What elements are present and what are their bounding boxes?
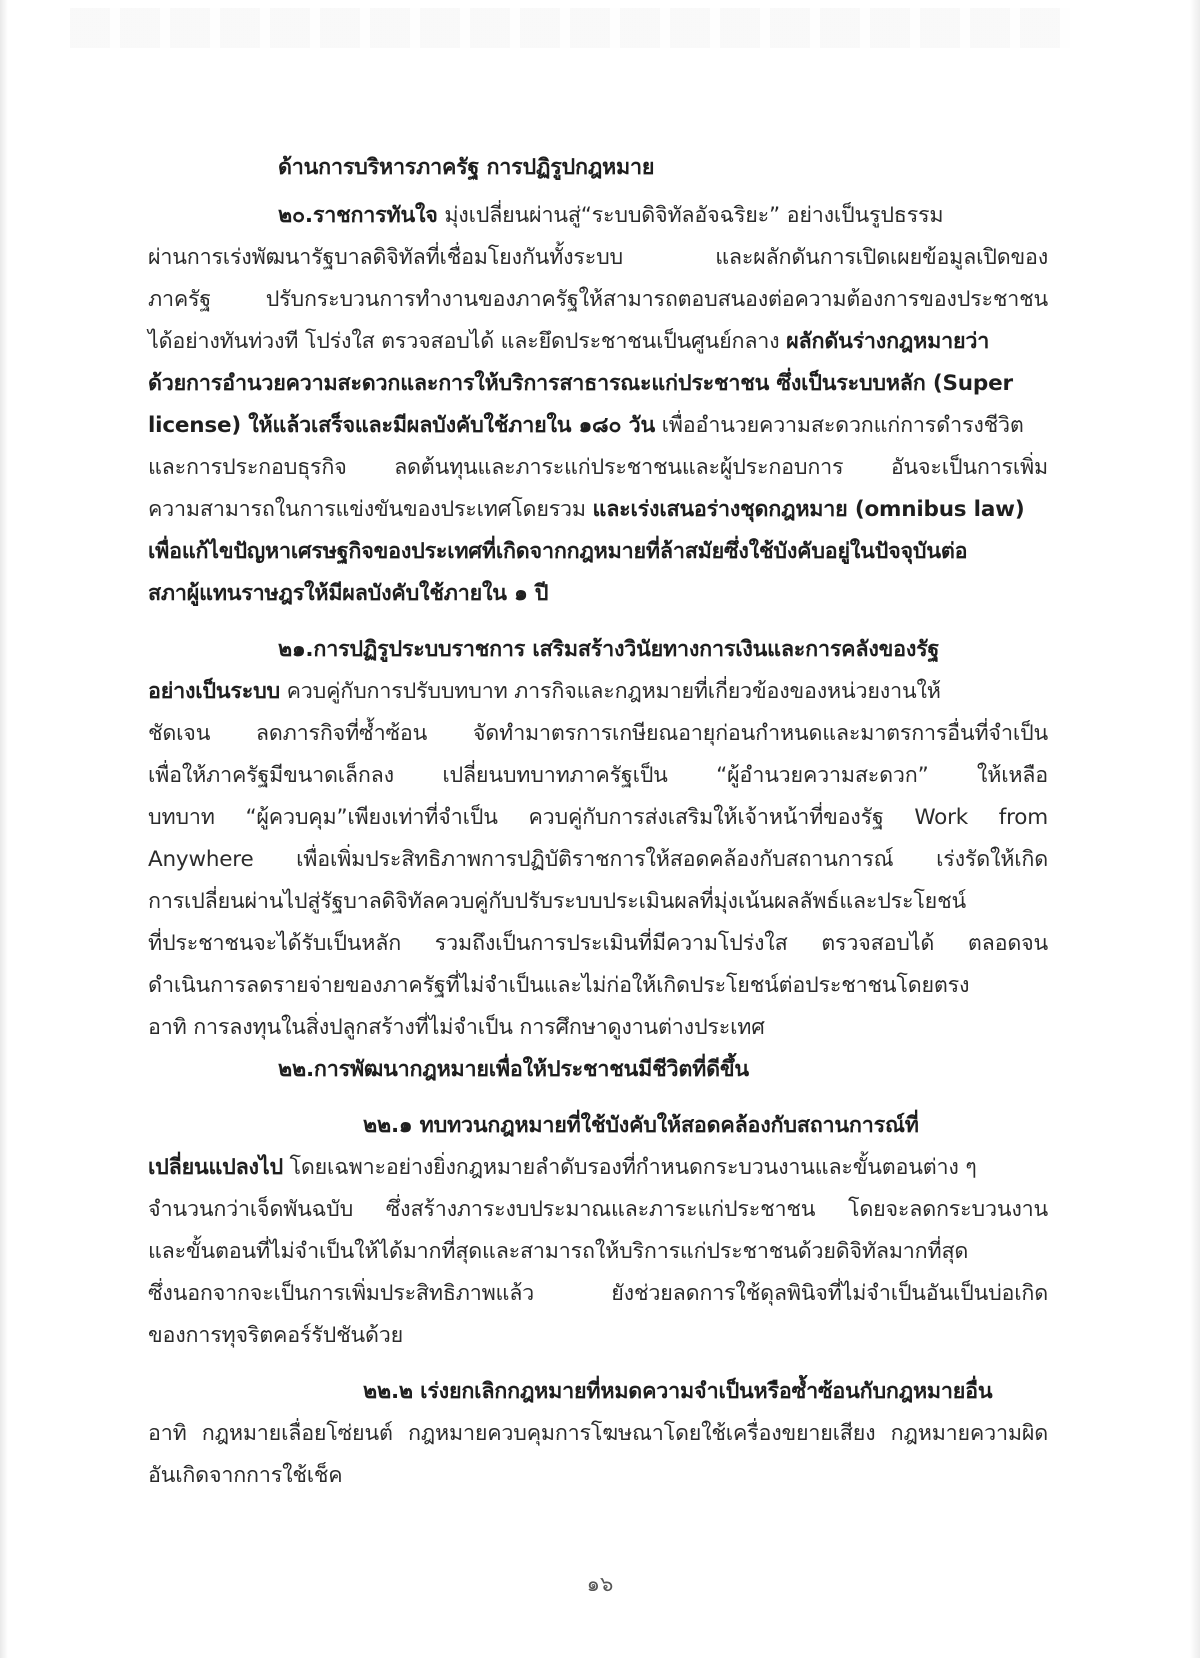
paragraph-line: ที่ประชาชนจะได้รับเป็นหลัก รวมถึงเป็นการ… <box>148 926 1048 962</box>
text-run: ภาครัฐ ปรับกระบวนการทำงานของภาครัฐให้สาม… <box>148 287 1048 312</box>
bold-run: เปลี่ยนแปลงไป <box>148 1155 283 1180</box>
page-edge-shadow-right <box>1190 0 1200 1658</box>
paragraph-line: สภาผู้แทนราษฎรให้มีผลบังคับใช้ภายใน ๑ ปี <box>148 576 1048 612</box>
text-run: การเปลี่ยนผ่านไปสู่รัฐบาลดิจิทัลควบคู่กั… <box>148 889 966 914</box>
paragraph-line: ภาครัฐ ปรับกระบวนการทำงานของภาครัฐให้สาม… <box>148 282 1048 318</box>
bold-run: อย่างเป็นระบบ <box>148 679 280 704</box>
paragraph-line: บทบาท “ผู้ควบคุม”เพียงเท่าที่จำเป็น ควบค… <box>148 800 1048 836</box>
text-run: และขั้นตอนที่ไม่จำเป็นให้ได้มากที่สุดและ… <box>148 1239 968 1264</box>
text-run: เพื่ออำนวยความสะดวกแก่การดำรงชีวิต <box>655 413 1024 438</box>
bold-run: ผลักดันร่างกฎหมายว่า <box>786 329 989 354</box>
text-run: เพื่อให้ภาครัฐมีขนาดเล็กลง เปลี่ยนบทบาทภ… <box>148 763 1048 788</box>
text-run: ควบคู่กับการปรับบทบาท ภารกิจและกฎหมายที่… <box>280 679 941 704</box>
paragraph-line: ๒๐.ราชการทันใจ มุ่งเปลี่ยนผ่านสู่“ระบบดิ… <box>278 198 1048 234</box>
text-run: และการประกอบธุรกิจ ลดต้นทุนและภาระแก่ประ… <box>148 455 1048 480</box>
bold-run: ๒๐.ราชการทันใจ <box>278 203 438 228</box>
paragraph-line: และการประกอบธุรกิจ ลดต้นทุนและภาระแก่ประ… <box>148 450 1048 486</box>
paragraph-line: ๒๒.๒ เร่งยกเลิกกฎหมายที่หมดความจำเป็นหรื… <box>363 1374 1048 1410</box>
section-heading: ด้านการบริหารภาครัฐ การปฏิรูปกฎหมาย <box>278 150 1178 186</box>
text-run: อาทิ กฎหมายเลื่อยโซ่ยนต์ กฎหมายควบคุมการ… <box>148 1421 1048 1446</box>
bold-run: ด้วยการอำนวยความสะดวกและการให้บริการสาธา… <box>148 371 1013 396</box>
text-run: Anywhere เพื่อเพิ่มประสิทธิภาพการปฏิบัติ… <box>148 847 1048 872</box>
text-run: ได้อย่างทันท่วงที โปร่งใส ตรวจสอบได้ และ… <box>148 329 786 354</box>
paragraph-line: ของการทุจริตคอร์รัปชันด้วย <box>148 1318 1048 1354</box>
text-run: ของการทุจริตคอร์รัปชันด้วย <box>148 1323 403 1348</box>
page-edge-shadow-left <box>0 0 8 1658</box>
text-run: อันเกิดจากการใช้เช็ค <box>148 1463 342 1488</box>
text-run: ซึ่งนอกจากจะเป็นการเพิ่มประสิทธิภาพแล้ว … <box>148 1281 1048 1306</box>
paragraph-line: ดำเนินการลดรายจ่ายของภาครัฐที่ไม่จำเป็นแ… <box>148 968 1048 1004</box>
paragraph-line: ด้วยการอำนวยความสะดวกและการให้บริการสาธา… <box>148 366 1048 402</box>
bold-run: license) ให้แล้วเสร็จและมีผลบังคับใช้ภาย… <box>148 413 655 438</box>
paragraph-line: อย่างเป็นระบบ ควบคู่กับการปรับบทบาท ภารก… <box>148 674 1048 710</box>
paragraph-line: license) ให้แล้วเสร็จและมีผลบังคับใช้ภาย… <box>148 408 1048 444</box>
paragraph-line: อาทิ การลงทุนในสิ่งปลูกสร้างที่ไม่จำเป็น… <box>148 1010 1048 1046</box>
paragraph-line: อาทิ กฎหมายเลื่อยโซ่ยนต์ กฎหมายควบคุมการ… <box>148 1416 1048 1452</box>
text-run: มุ่งเปลี่ยนผ่านสู่“ระบบดิจิทัลอัจฉริยะ” … <box>438 203 944 228</box>
page-number: ๑๖ <box>0 1568 1200 1601</box>
paragraph-line: จำนวนกว่าเจ็ดพันฉบับ ซึ่งสร้างภาระงบประม… <box>148 1192 1048 1228</box>
paragraph-line: Anywhere เพื่อเพิ่มประสิทธิภาพการปฏิบัติ… <box>148 842 1048 878</box>
paragraph-line: ได้อย่างทันท่วงที โปร่งใส ตรวจสอบได้ และ… <box>148 324 1048 360</box>
text-run: ชัดเจน ลดภารกิจที่ซ้ำซ้อน จัดทำมาตรการเก… <box>148 721 1048 746</box>
paragraph-line: ผ่านการเร่งพัฒนารัฐบาลดิจิทัลที่เชื่อมโย… <box>148 240 1048 276</box>
paragraph-line: ๒๒.๑ ทบทวนกฎหมายที่ใช้บังคับให้สอดคล้องก… <box>363 1108 1048 1144</box>
paragraph-line: เพื่อแก้ไขปัญหาเศรษฐกิจของประเทศที่เกิดจ… <box>148 534 1048 570</box>
text-run: บทบาท “ผู้ควบคุม”เพียงเท่าที่จำเป็น ควบค… <box>148 805 1048 830</box>
paragraph-line: ความสามารถในการแข่งขันของประเทศโดยรวม แล… <box>148 492 1048 528</box>
paragraph-line: ชัดเจน ลดภารกิจที่ซ้ำซ้อน จัดทำมาตรการเก… <box>148 716 1048 752</box>
bold-run: ๒๒.๒ เร่งยกเลิกกฎหมายที่หมดความจำเป็นหรื… <box>363 1379 992 1404</box>
bold-run: เพื่อแก้ไขปัญหาเศรษฐกิจของประเทศที่เกิดจ… <box>148 539 967 564</box>
bleed-through-ghost-text <box>70 8 1070 48</box>
item-22-heading: ๒๒.การพัฒนากฎหมายเพื่อให้ประชาชนมีชีวิตท… <box>278 1052 1178 1088</box>
text-run: ที่ประชาชนจะได้รับเป็นหลัก รวมถึงเป็นการ… <box>148 931 1048 956</box>
text-run: อาทิ การลงทุนในสิ่งปลูกสร้างที่ไม่จำเป็น… <box>148 1015 765 1040</box>
text-run: ความสามารถในการแข่งขันของประเทศโดยรวม <box>148 497 593 522</box>
paragraph-line: ๒๑.การปฏิรูประบบราชการ เสริมสร้างวินัยทา… <box>278 632 1048 668</box>
text-run: ดำเนินการลดรายจ่ายของภาครัฐที่ไม่จำเป็นแ… <box>148 973 969 998</box>
text-run: ผ่านการเร่งพัฒนารัฐบาลดิจิทัลที่เชื่อมโย… <box>148 245 1048 270</box>
paragraph-line: ซึ่งนอกจากจะเป็นการเพิ่มประสิทธิภาพแล้ว … <box>148 1276 1048 1312</box>
bold-run: ๒๑.การปฏิรูประบบราชการ เสริมสร้างวินัยทา… <box>278 637 939 662</box>
section-heading-text: ด้านการบริหารภาครัฐ การปฏิรูปกฎหมาย <box>278 155 654 180</box>
text-run: โดยเฉพาะอย่างยิ่งกฎหมายลำดับรองที่กำหนดก… <box>283 1155 977 1180</box>
bold-run: และเร่งเสนอร่างชุดกฎหมาย (omnibus law) <box>593 497 1025 522</box>
paragraph-line: เพื่อให้ภาครัฐมีขนาดเล็กลง เปลี่ยนบทบาทภ… <box>148 758 1048 794</box>
paragraph-line: เปลี่ยนแปลงไป โดยเฉพาะอย่างยิ่งกฎหมายลำด… <box>148 1150 1048 1186</box>
bold-run: สภาผู้แทนราษฎรให้มีผลบังคับใช้ภายใน ๑ ปี <box>148 581 548 606</box>
item-22-heading-text: ๒๒.การพัฒนากฎหมายเพื่อให้ประชาชนมีชีวิตท… <box>278 1057 749 1082</box>
document-page: ด้านการบริหารภาครัฐ การปฏิรูปกฎหมาย ๒๐.ร… <box>0 0 1200 1658</box>
bold-run: ๒๒.๑ ทบทวนกฎหมายที่ใช้บังคับให้สอดคล้องก… <box>363 1113 919 1138</box>
paragraph-line: อันเกิดจากการใช้เช็ค <box>148 1458 1048 1494</box>
paragraph-line: การเปลี่ยนผ่านไปสู่รัฐบาลดิจิทัลควบคู่กั… <box>148 884 1048 920</box>
text-run: จำนวนกว่าเจ็ดพันฉบับ ซึ่งสร้างภาระงบประม… <box>148 1197 1048 1222</box>
paragraph-line: และขั้นตอนที่ไม่จำเป็นให้ได้มากที่สุดและ… <box>148 1234 1048 1270</box>
